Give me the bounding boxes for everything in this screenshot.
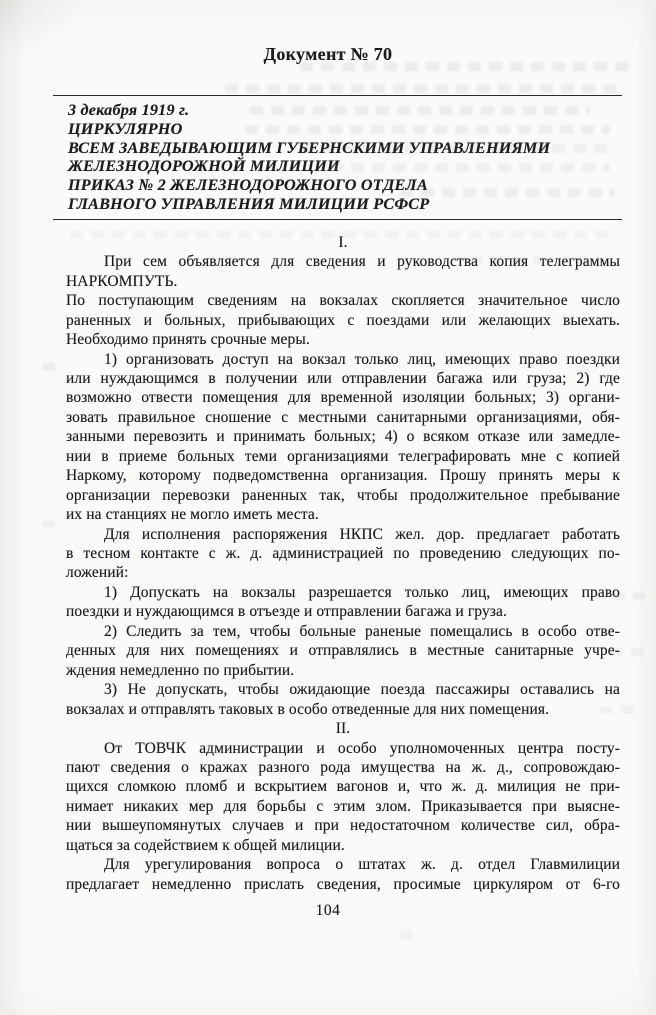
bleedthrough-mark [42,363,62,371]
text-line: щихся сломкою пломб и вскрытием вагонов … [66,777,620,796]
text-line: 2) Следить за тем, чтобы больные раненые… [66,622,620,641]
paragraph-point-2: 2) Следить за тем, чтобы больные раненые… [66,622,620,680]
text-line: или нуждающимся в получении или отправле… [66,369,620,388]
text-line: щаться за содействием к общей милиции. [66,836,620,855]
heading-line: ЖЕЛЕЗНОДОРОЖНОЙ МИЛИЦИИ [68,157,622,176]
text-line: 1) Допускать на вокзалы разрешается толь… [66,583,620,602]
document-body: I. При сем объявляется для сведения и ру… [66,233,620,894]
header-rule-top [53,95,622,96]
section-1-number: I. [66,233,620,252]
text-line: предлагает немедленно прислать сведения,… [66,875,620,894]
text-line: организации перевозки раненных так, чтоб… [66,486,620,505]
text-line: Для исполнения распоряжения НКПС жел. до… [66,525,620,544]
text-line: их на станциях не могло иметь места. [66,505,620,524]
paragraph-telegram-intro: При сем объявляется для сведения и руков… [66,252,620,291]
text-line: ждения немедленно по прибытии. [66,661,620,680]
text-line: НАРКОМПУТЬ. [66,272,620,291]
paragraph-tovchk: От ТОВЧК администрации и особо уполномоч… [66,739,620,856]
text-line: ложений: [66,563,620,582]
text-line: занными перевозить и принимать больных; … [66,427,620,446]
text-line: денных для них помещениях и отправлялись… [66,641,620,660]
heading-line: ГЛАВНОГО УПРАВЛЕНИЯ МИЛИЦИИ РСФСР [68,195,622,214]
heading-line: ВСЕМ ЗАВЕДЫВАЮЩИМ ГУБЕРНСКИМИ УПРАВЛЕНИЯ… [68,139,622,158]
text-line: Для урегулирования вопроса о штатах ж. д… [66,855,620,874]
document-heading-block: 3 декабря 1919 г.ЦИРКУЛЯРНОВСЕМ ЗАВЕДЫВА… [68,101,622,214]
paragraph-nkps-instruction: Для исполнения распоряжения НКПС жел. до… [66,525,620,583]
text-line: От ТОВЧК администрации и особо уполномоч… [66,739,620,758]
paragraph-staffing: Для урегулирования вопроса о штатах ж. д… [66,855,620,894]
page-number: 104 [0,902,656,920]
text-line: нимает никаких мер для борьбы с этим зло… [66,797,620,816]
scanned-page: Документ № 70 3 декабря 1919 г.ЦИРКУЛЯРН… [0,0,656,1015]
bleedthrough-mark [400,930,416,940]
text-line: нии вышеупомянутых случаев и при недоста… [66,816,620,835]
text-line: пают сведения о кражах разного рода имущ… [66,758,620,777]
header-rule-bottom [53,219,622,220]
text-line: возможно отвести помещения для временной… [66,388,620,407]
text-line: Необходимо принять срочные меры. [66,330,620,349]
heading-line: ПРИКАЗ № 2 ЖЕЛЕЗНОДОРОЖНОГО ОТДЕЛА [68,176,622,195]
text-line: поездки и нуждающимся в отъезде и отправ… [66,602,620,621]
text-line: 1) организовать доступ на вокзал только … [66,350,620,369]
text-line: в тесном контакте с ж. д. администрацией… [66,544,620,563]
paragraph-point-1: 1) Допускать на вокзалы разрешается толь… [66,583,620,622]
paragraph-point-3: 3) Не допускать, чтобы ожидающие поезда … [66,680,620,719]
text-line: раненных и больных, прибывающих с поезда… [66,311,620,330]
heading-line: 3 декабря 1919 г. [68,101,622,120]
paragraph-telegram-measures: 1) организовать доступ на вокзал только … [66,350,620,525]
section-2-number: II. [66,719,620,738]
bleedthrough-mark [225,84,625,93]
paragraph-situation: По поступающим сведениям на вокзалах ско… [66,291,620,349]
text-line: При сем объявляется для сведения и руков… [66,252,620,271]
document-title: Документ № 70 [0,0,656,65]
text-line: вокзалах и отправлять таковых в особо от… [66,700,620,719]
heading-line: ЦИРКУЛЯРНО [68,120,622,139]
bleedthrough-mark [42,520,58,528]
text-line: По поступающим сведениям на вокзалах ско… [66,291,620,310]
text-line: зовать правильное сношение с местными са… [66,408,620,427]
text-line: Наркому, которому подведомственна органи… [66,466,620,485]
text-line: 3) Не допускать, чтобы ожидающие поезда … [66,680,620,699]
text-line: нии в приеме больных теми организациями … [66,447,620,466]
